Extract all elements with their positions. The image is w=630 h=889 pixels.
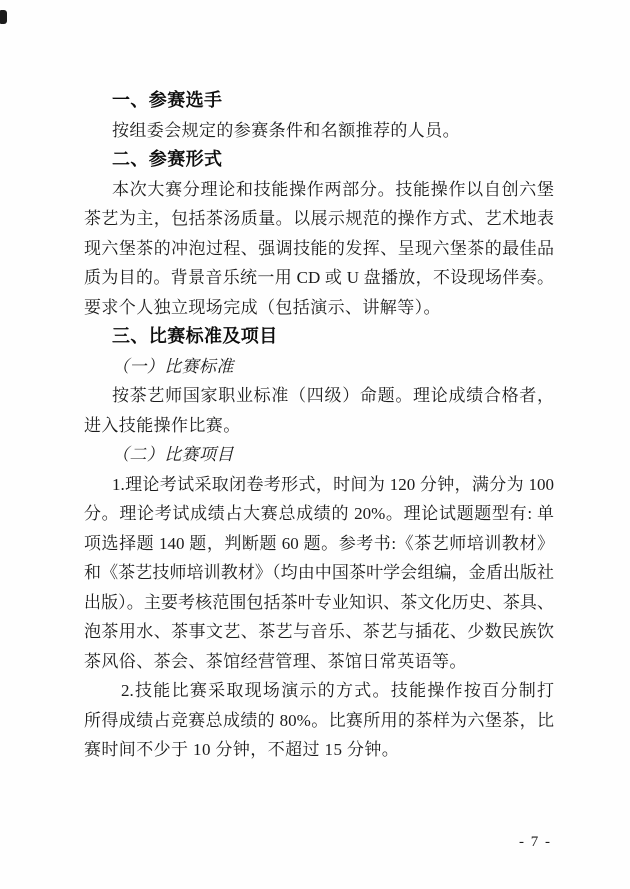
section-heading-standards: 三、比赛标准及项目 <box>84 322 554 352</box>
text-line: 进入技能操作比赛。 <box>84 411 554 441</box>
text-line: 按茶艺师国家职业标准（四级）命题。理论成绩合格者， <box>84 381 554 411</box>
text-line: 2.技能比赛采取现场演示的方式。技能操作按百分制打分， <box>84 676 554 706</box>
text-line: 出版）。主要考核范围包括茶叶专业知识、茶文化历史、茶具、 <box>84 588 554 618</box>
text-line: 要求个人独立现场完成（包括演示、讲解等）。 <box>84 293 554 323</box>
subsection-heading-1: （一）比赛标准 <box>84 352 554 382</box>
text-line: 按组委会规定的参赛条件和名额推荐的人员。 <box>84 116 554 146</box>
text-line: 本次大赛分理论和技能操作两部分。技能操作以自创六堡 <box>84 175 554 205</box>
subsection-heading-2: （二）比赛项目 <box>84 440 554 470</box>
text-line: 赛时间不少于 10 分钟，不超过 15 分钟。 <box>84 735 554 765</box>
text-line: 所得成绩占竞赛总成绩的 80%。比赛所用的茶样为六堡茶，比 <box>84 706 554 736</box>
text-line: 和《茶艺技师培训教材》（均由中国茶叶学会组编，金盾出版社 <box>84 558 554 588</box>
document-body: 一、参赛选手 按组委会规定的参赛条件和名额推荐的人员。 二、参赛形式 本次大赛分… <box>84 86 554 765</box>
document-page: 一、参赛选手 按组委会规定的参赛条件和名额推荐的人员。 二、参赛形式 本次大赛分… <box>0 0 630 889</box>
text-line: 泡茶用水、茶事文艺、茶艺与音乐、茶艺与插花、少数民族饮 <box>84 617 554 647</box>
text-line: 项选择题 140 题，判断题 60 题。参考书:《茶艺师培训教材》 <box>84 529 554 559</box>
page-number: - 7 - <box>519 834 552 851</box>
section-heading-format: 二、参赛形式 <box>84 145 554 175</box>
text-line: 现六堡茶的冲泡过程、强调技能的发挥、呈现六堡茶的最佳品 <box>84 234 554 264</box>
scan-artifact-mark <box>0 10 7 24</box>
text-line: 质为目的。背景音乐统一用 CD 或 U 盘播放，不设现场伴奏。 <box>84 263 554 293</box>
section-heading-participants: 一、参赛选手 <box>84 86 554 116</box>
text-line: 1.理论考试采取闭卷考形式，时间为 120 分钟，满分为 100 <box>84 470 554 500</box>
text-line: 茶风俗、茶会、茶馆经营管理、茶馆日常英语等。 <box>84 647 554 677</box>
text-line: 茶艺为主，包括茶汤质量。以展示规范的操作方式、艺术地表 <box>84 204 554 234</box>
text-line: 分。理论考试成绩占大赛总成绩的 20%。理论试题题型有: 单 <box>84 499 554 529</box>
